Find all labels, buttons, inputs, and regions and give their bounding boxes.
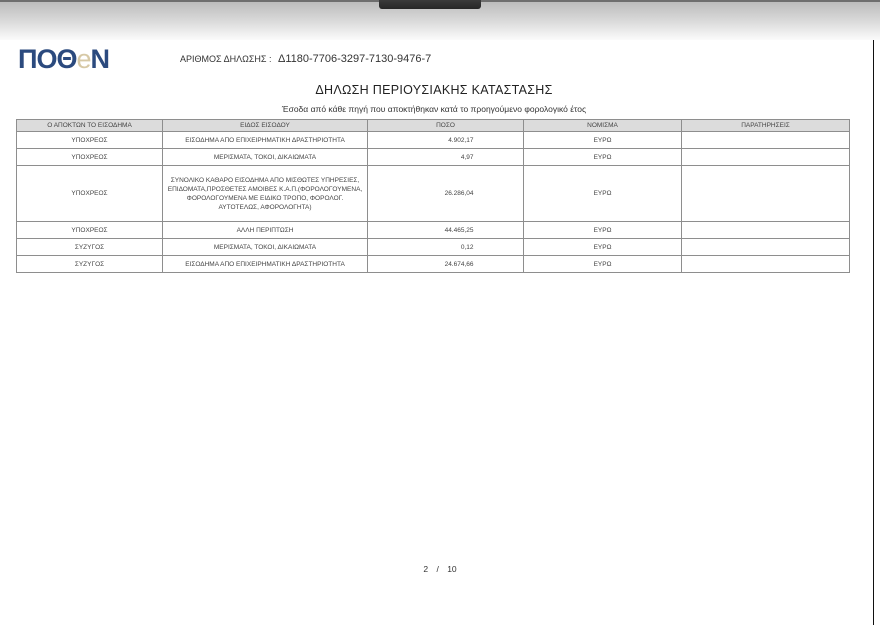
cell-currency: ΕΥΡΩ xyxy=(524,239,682,256)
document-subtitle: Έσοδα από κάθε πηγή που αποκτήθηκαν κατά… xyxy=(0,104,868,114)
current-page: 2 xyxy=(423,564,428,574)
table-row: ΣΥΖΥΓΟΣΜΕΡΙΣΜΑΤΑ, ΤΟΚΟΙ, ΔΙΚΑΙΩΜΑΤΑ0,12Ε… xyxy=(17,239,850,256)
table-header-row: Ο ΑΠΟΚΤΩΝ ΤΟ ΕΙΣΟΔΗΜΑ ΕΙΔΟΣ ΕΙΣΟΔΟΥ ΠΟΣΟ… xyxy=(17,120,850,132)
declaration-value: Δ1180-7706-3297-7130-9476-7 xyxy=(278,53,431,65)
cell-amount: 26.286,04 xyxy=(368,166,524,222)
cell-amount: 24.674,66 xyxy=(368,256,524,273)
cell-notes xyxy=(682,222,850,239)
cell-currency: ΕΥΡΩ xyxy=(524,256,682,273)
page-indicator: 2 / 10 xyxy=(0,564,880,574)
cell-currency: ΕΥΡΩ xyxy=(524,222,682,239)
cell-income-type: ΣΥΝΟΛΙΚΟ ΚΑΘΑΡΟ ΕΙΣΟΔΗΜΑ ΑΠΟ ΜΙΣΘΩΤΕΣ ΥΠ… xyxy=(163,166,368,222)
cell-owner: ΥΠΟΧΡΕΟΣ xyxy=(17,166,163,222)
column-header-income-type: ΕΙΔΟΣ ΕΙΣΟΔΟΥ xyxy=(163,120,368,132)
page-separator: / xyxy=(436,564,438,574)
cell-amount: 44.465,25 xyxy=(368,222,524,239)
amount-value: 4.902,17 xyxy=(414,136,474,145)
table-row: ΥΠΟΧΡΕΟΣΣΥΝΟΛΙΚΟ ΚΑΘΑΡΟ ΕΙΣΟΔΗΜΑ ΑΠΟ ΜΙΣ… xyxy=(17,166,850,222)
cell-income-type: ΕΙΣΟΔΗΜΑ ΑΠΟ ΕΠΙΧΕΙΡΗΜΑΤΙΚΗ ΔΡΑΣΤΗΡΙΟΤΗΤ… xyxy=(163,256,368,273)
column-header-amount: ΠΟΣΟ xyxy=(368,120,524,132)
table-row: ΣΥΖΥΓΟΣΕΙΣΟΔΗΜΑ ΑΠΟ ΕΠΙΧΕΙΡΗΜΑΤΙΚΗ ΔΡΑΣΤ… xyxy=(17,256,850,273)
cell-currency: ΕΥΡΩ xyxy=(524,149,682,166)
cell-notes xyxy=(682,149,850,166)
table-row: ΥΠΟΧΡΕΟΣΑΛΛΗ ΠΕΡΙΠΤΩΣΗ44.465,25ΕΥΡΩ xyxy=(17,222,850,239)
cell-notes xyxy=(682,256,850,273)
cell-owner: ΣΥΖΥΓΟΣ xyxy=(17,256,163,273)
document-title: ΔΗΛΩΣΗ ΠΕΡΙΟΥΣΙΑΚΗΣ ΚΑΤΑΣΤΑΣΗΣ xyxy=(0,83,868,97)
column-header-notes: ΠΑΡΑΤΗΡΗΣΕΙΣ xyxy=(682,120,850,132)
cell-amount: 4.902,17 xyxy=(368,132,524,149)
table-row: ΥΠΟΧΡΕΟΣΜΕΡΙΣΜΑΤΑ, ΤΟΚΟΙ, ΔΙΚΑΙΩΜΑΤΑ4,97… xyxy=(17,149,850,166)
cell-currency: ΕΥΡΩ xyxy=(524,166,682,222)
cell-owner: ΥΠΟΧΡΕΟΣ xyxy=(17,149,163,166)
declaration-number: ΑΡΙΘΜΟΣ ΔΗΛΩΣΗΣ : Δ1180-7706-3297-7130-9… xyxy=(180,53,431,65)
cell-amount: 0,12 xyxy=(368,239,524,256)
amount-value: 24.674,66 xyxy=(414,260,474,269)
poethen-logo: ΠΟΘeN xyxy=(18,44,109,74)
cell-currency: ΕΥΡΩ xyxy=(524,132,682,149)
income-table: Ο ΑΠΟΚΤΩΝ ΤΟ ΕΙΣΟΔΗΜΑ ΕΙΔΟΣ ΕΙΣΟΔΟΥ ΠΟΣΟ… xyxy=(16,119,850,273)
cell-income-type: ΕΙΣΟΔΗΜΑ ΑΠΟ ΕΠΙΧΕΙΡΗΜΑΤΙΚΗ ΔΡΑΣΤΗΡΙΟΤΗΤ… xyxy=(163,132,368,149)
viewer-toolbar-handle[interactable] xyxy=(379,0,481,9)
cell-notes xyxy=(682,166,850,222)
page-right-edge xyxy=(873,40,874,625)
amount-value: 0,12 xyxy=(414,243,474,252)
declaration-label: ΑΡΙΘΜΟΣ ΔΗΛΩΣΗΣ : xyxy=(180,54,271,64)
amount-value: 4,97 xyxy=(414,153,474,162)
column-header-currency: ΝΟΜΙΣΜΑ xyxy=(524,120,682,132)
cell-amount: 4,97 xyxy=(368,149,524,166)
amount-value: 26.286,04 xyxy=(414,189,474,198)
cell-owner: ΣΥΖΥΓΟΣ xyxy=(17,239,163,256)
table-row: ΥΠΟΧΡΕΟΣΕΙΣΟΔΗΜΑ ΑΠΟ ΕΠΙΧΕΙΡΗΜΑΤΙΚΗ ΔΡΑΣ… xyxy=(17,132,850,149)
cell-notes xyxy=(682,239,850,256)
cell-income-type: ΜΕΡΙΣΜΑΤΑ, ΤΟΚΟΙ, ΔΙΚΑΙΩΜΑΤΑ xyxy=(163,239,368,256)
cell-owner: ΥΠΟΧΡΕΟΣ xyxy=(17,222,163,239)
amount-value: 44.465,25 xyxy=(414,226,474,235)
total-pages: 10 xyxy=(447,564,456,574)
column-header-owner: Ο ΑΠΟΚΤΩΝ ΤΟ ΕΙΣΟΔΗΜΑ xyxy=(17,120,163,132)
cell-income-type: ΜΕΡΙΣΜΑΤΑ, ΤΟΚΟΙ, ΔΙΚΑΙΩΜΑΤΑ xyxy=(163,149,368,166)
cell-income-type: ΑΛΛΗ ΠΕΡΙΠΤΩΣΗ xyxy=(163,222,368,239)
cell-owner: ΥΠΟΧΡΕΟΣ xyxy=(17,132,163,149)
viewer-top-bar xyxy=(0,0,880,40)
cell-notes xyxy=(682,132,850,149)
